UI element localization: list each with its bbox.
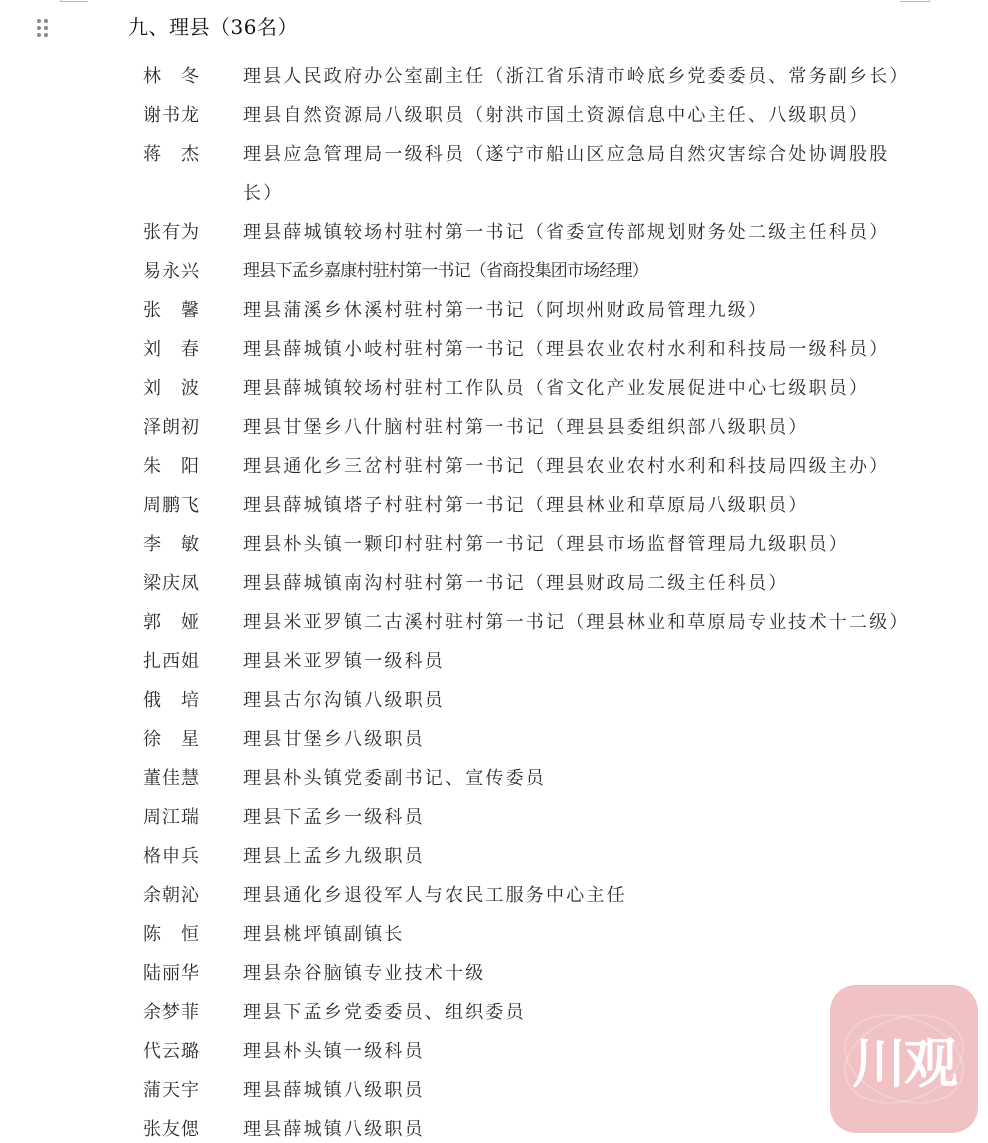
- person-name: 代云璐: [143, 1032, 243, 1071]
- section-title: 九、理县（36名）: [128, 13, 298, 41]
- person-position: 理县自然资源局八级职员（射洪市国土资源信息中心主任、八级职员）: [243, 96, 913, 135]
- roster-row: 周鹏飞 理县薛城镇塔子村驻村第一书记（理县林业和草原局八级职员）: [143, 486, 913, 525]
- person-position: 理县薛城镇八级职员: [243, 1110, 913, 1143]
- person-name: 蒋 杰: [143, 135, 243, 174]
- person-position: 理县上孟乡九级职员: [243, 837, 913, 876]
- person-name: 蒲天宇: [143, 1071, 243, 1110]
- crop-mark-left: [60, 0, 88, 2]
- person-name: 陆丽华: [143, 954, 243, 993]
- person-name: 张友偲: [143, 1110, 243, 1143]
- roster-row: 林 冬 理县人民政府办公室副主任（浙江省乐清市岭底乡党委委员、常务副乡长）: [143, 57, 913, 96]
- person-name: 董佳慧: [143, 759, 243, 798]
- roster-row: 余梦菲 理县下孟乡党委委员、组织委员: [143, 993, 913, 1032]
- person-position: 理县薛城镇小岐村驻村第一书记（理县农业农村水利和科技局一级科员）: [243, 330, 913, 369]
- person-name: 易永兴: [143, 252, 243, 291]
- roster-row: 周江瑞 理县下孟乡一级科员: [143, 798, 913, 837]
- person-position: 理县朴头镇一颗印村驻村第一书记（理县市场监督管理局九级职员）: [243, 525, 913, 564]
- roster-row: 余朝沁 理县通化乡退役军人与农民工服务中心主任: [143, 876, 913, 915]
- person-name: 泽朗初: [143, 408, 243, 447]
- person-name: 郭 娅: [143, 603, 243, 642]
- roster-row: 董佳慧 理县朴头镇党委副书记、宣传委员: [143, 759, 913, 798]
- person-name: 陈 恒: [143, 915, 243, 954]
- roster-row: 陆丽华 理县杂谷脑镇专业技术十级: [143, 954, 913, 993]
- drag-dot: [44, 33, 48, 37]
- roster-row: 张友偲 理县薛城镇八级职员: [143, 1110, 913, 1143]
- person-position: 理县甘堡乡八什脑村驻村第一书记（理县县委组织部八级职员）: [243, 408, 913, 447]
- person-name: 张 馨: [143, 291, 243, 330]
- roster-row: 易永兴 理县下孟乡嘉康村驻村第一书记（省商投集团市场经理）: [143, 252, 913, 291]
- person-position: 理县薛城镇南沟村驻村第一书记（理县财政局二级主任科员）: [243, 564, 913, 603]
- person-name: 扎西姐: [143, 642, 243, 681]
- roster-row: 张有为 理县薛城镇较场村驻村第一书记（省委宣传部规划财务处二级主任科员）: [143, 213, 913, 252]
- person-name: 刘 波: [143, 369, 243, 408]
- roster-row: 朱 阳 理县通化乡三岔村驻村第一书记（理县农业农村水利和科技局四级主办）: [143, 447, 913, 486]
- roster-row: 李 敏 理县朴头镇一颗印村驻村第一书记（理县市场监督管理局九级职员）: [143, 525, 913, 564]
- person-position: 理县应急管理局一级科员（遂宁市船山区应急局自然灾害综合处协调股股长）: [243, 135, 913, 213]
- person-name: 刘 春: [143, 330, 243, 369]
- person-position: 理县薛城镇较场村驻村第一书记（省委宣传部规划财务处二级主任科员）: [243, 213, 913, 252]
- roster-row: 刘 春 理县薛城镇小岐村驻村第一书记（理县农业农村水利和科技局一级科员）: [143, 330, 913, 369]
- person-position: 理县通化乡退役军人与农民工服务中心主任: [243, 876, 913, 915]
- roster-row: 俄 培 理县古尔沟镇八级职员: [143, 681, 913, 720]
- drag-handle-icon[interactable]: [37, 19, 47, 37]
- person-position: 理县薛城镇较场村驻村工作队员（省文化产业发展促进中心七级职员）: [243, 369, 913, 408]
- roster-row: 蒋 杰 理县应急管理局一级科员（遂宁市船山区应急局自然灾害综合处协调股股长）: [143, 135, 913, 213]
- person-position: 理县朴头镇一级科员: [243, 1032, 913, 1071]
- roster-row: 徐 星 理县甘堡乡八级职员: [143, 720, 913, 759]
- roster-row: 谢书龙 理县自然资源局八级职员（射洪市国土资源信息中心主任、八级职员）: [143, 96, 913, 135]
- person-position: 理县米亚罗镇一级科员: [243, 642, 913, 681]
- watermark-text: 川观: [852, 1021, 956, 1098]
- roster-row: 刘 波 理县薛城镇较场村驻村工作队员（省文化产业发展促进中心七级职员）: [143, 369, 913, 408]
- person-position: 理县下孟乡一级科员: [243, 798, 913, 837]
- person-name: 梁庆凤: [143, 564, 243, 603]
- person-position: 理县朴头镇党委副书记、宣传委员: [243, 759, 913, 798]
- drag-dot: [37, 19, 41, 23]
- person-name: 徐 星: [143, 720, 243, 759]
- person-name: 林 冬: [143, 57, 243, 96]
- person-position: 理县薛城镇塔子村驻村第一书记（理县林业和草原局八级职员）: [243, 486, 913, 525]
- person-name: 周江瑞: [143, 798, 243, 837]
- roster-row: 陈 恒 理县桃坪镇副镇长: [143, 915, 913, 954]
- drag-dot: [44, 19, 48, 23]
- chuanguan-logo-icon: 川观: [830, 985, 978, 1133]
- person-position: 理县人民政府办公室副主任（浙江省乐清市岭底乡党委委员、常务副乡长）: [243, 57, 913, 96]
- roster-row: 张 馨 理县蒲溪乡休溪村驻村第一书记（阿坝州财政局管理九级）: [143, 291, 913, 330]
- roster-row: 梁庆凤 理县薛城镇南沟村驻村第一书记（理县财政局二级主任科员）: [143, 564, 913, 603]
- roster-list: 林 冬 理县人民政府办公室副主任（浙江省乐清市岭底乡党委委员、常务副乡长） 谢书…: [143, 57, 913, 1143]
- person-position: 理县杂谷脑镇专业技术十级: [243, 954, 913, 993]
- roster-row: 代云璐 理县朴头镇一级科员: [143, 1032, 913, 1071]
- person-position: 理县下孟乡党委委员、组织委员: [243, 993, 913, 1032]
- person-position: 理县下孟乡嘉康村驻村第一书记（省商投集团市场经理）: [243, 252, 913, 291]
- person-name: 余朝沁: [143, 876, 243, 915]
- person-name: 谢书龙: [143, 96, 243, 135]
- roster-row: 泽朗初 理县甘堡乡八什脑村驻村第一书记（理县县委组织部八级职员）: [143, 408, 913, 447]
- person-name: 朱 阳: [143, 447, 243, 486]
- crop-mark-right: [900, 0, 930, 2]
- person-name: 俄 培: [143, 681, 243, 720]
- drag-dot: [44, 26, 48, 30]
- person-position: 理县通化乡三岔村驻村第一书记（理县农业农村水利和科技局四级主办）: [243, 447, 913, 486]
- person-position: 理县米亚罗镇二古溪村驻村第一书记（理县林业和草原局专业技术十二级）: [243, 603, 913, 642]
- person-name: 余梦菲: [143, 993, 243, 1032]
- roster-row: 蒲天宇 理县薛城镇八级职员: [143, 1071, 913, 1110]
- person-position: 理县甘堡乡八级职员: [243, 720, 913, 759]
- person-name: 张有为: [143, 213, 243, 252]
- drag-dot: [37, 26, 41, 30]
- roster-row: 郭 娅 理县米亚罗镇二古溪村驻村第一书记（理县林业和草原局专业技术十二级）: [143, 603, 913, 642]
- person-position: 理县薛城镇八级职员: [243, 1071, 913, 1110]
- person-name: 周鹏飞: [143, 486, 243, 525]
- person-name: 李 敏: [143, 525, 243, 564]
- drag-dot: [37, 33, 41, 37]
- roster-row: 扎西姐 理县米亚罗镇一级科员: [143, 642, 913, 681]
- person-name: 格申兵: [143, 837, 243, 876]
- person-position: 理县蒲溪乡休溪村驻村第一书记（阿坝州财政局管理九级）: [243, 291, 913, 330]
- person-position: 理县桃坪镇副镇长: [243, 915, 913, 954]
- person-position: 理县古尔沟镇八级职员: [243, 681, 913, 720]
- roster-row: 格申兵 理县上孟乡九级职员: [143, 837, 913, 876]
